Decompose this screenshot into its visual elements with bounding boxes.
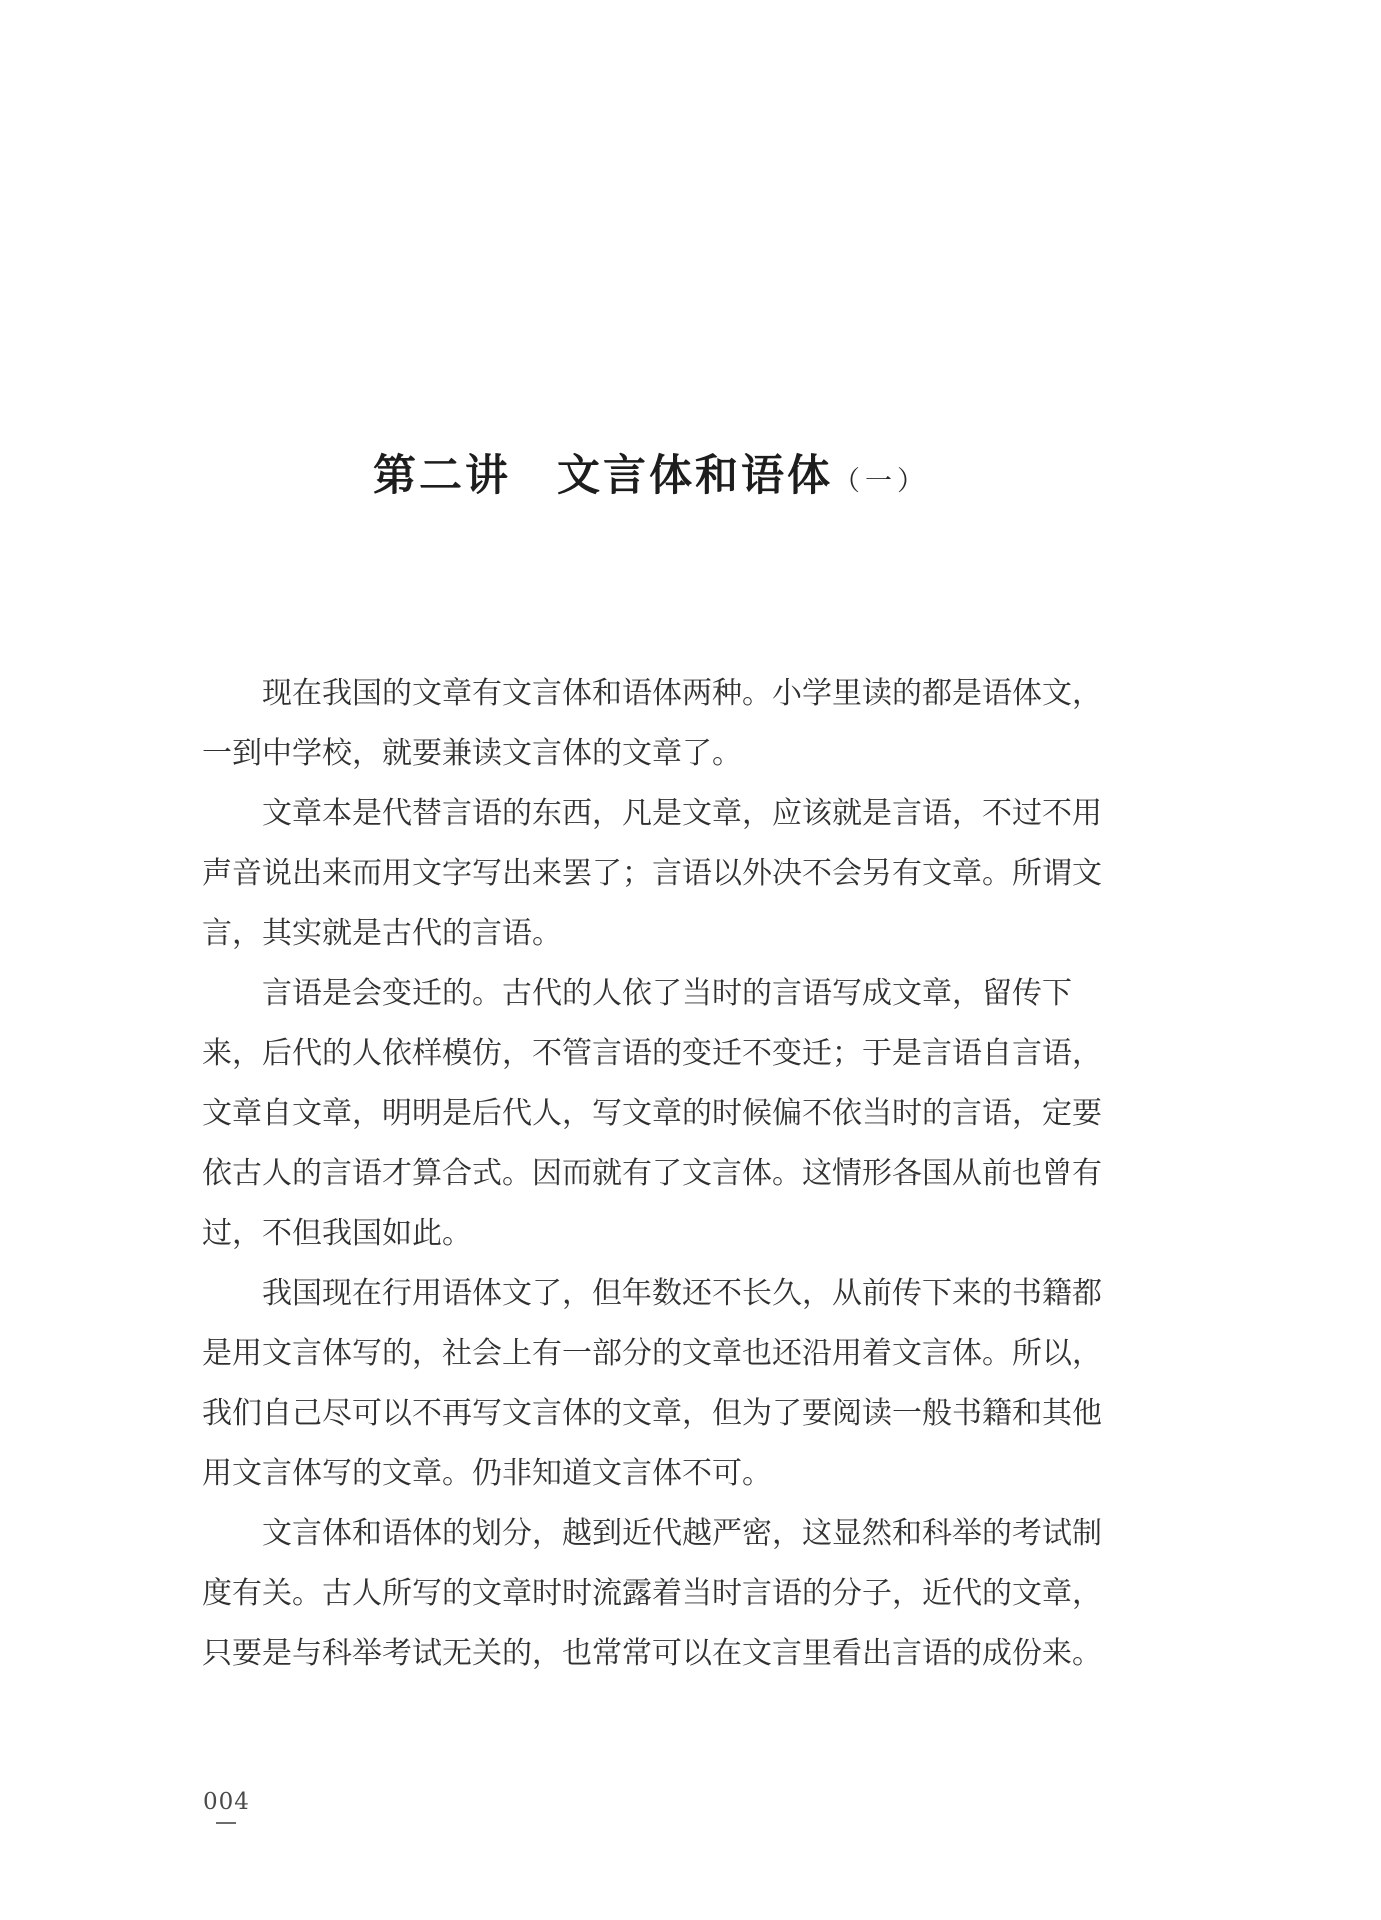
body-text: 现在我国的文章有文言体和语体两种。小学里读的都是语体文， 一到中学校，就要兼读文… — [202, 664, 1100, 1684]
body-line: 言语是会变迁的。古代的人依了当时的言语写成文章，留传下 — [202, 964, 1100, 1024]
paragraph: 文章本是代替言语的东西，凡是文章，应该就是言语，不过不用 声音说出来而用文字写出… — [202, 784, 1100, 964]
body-line: 是用文言体写的，社会上有一部分的文章也还沿用着文言体。所以， — [202, 1324, 1100, 1384]
body-line: 声音说出来而用文字写出来罢了；言语以外决不会另有文章。所谓文 — [202, 844, 1100, 904]
paragraph: 我国现在行用语体文了，但年数还不长久，从前传下来的书籍都 是用文言体写的，社会上… — [202, 1264, 1100, 1504]
chapter-title: 第二讲 文言体和语体（一） — [202, 447, 1100, 511]
body-line: 度有关。古人所写的文章时时流露着当时言语的分子，近代的文章， — [202, 1564, 1100, 1624]
body-line: 文章自文章，明明是后代人，写文章的时候偏不依当时的言语，定要 — [202, 1084, 1100, 1144]
body-line: 用文言体写的文章。仍非知道文言体不可。 — [202, 1444, 1100, 1504]
body-line: 来，后代的人依样模仿，不管言语的变迁不变迁；于是言语自言语， — [202, 1024, 1100, 1084]
paragraph: 现在我国的文章有文言体和语体两种。小学里读的都是语体文， 一到中学校，就要兼读文… — [202, 664, 1100, 784]
page-number-rule — [216, 1822, 236, 1824]
paragraph: 言语是会变迁的。古代的人依了当时的言语写成文章，留传下 来，后代的人依样模仿，不… — [202, 964, 1100, 1264]
paragraph: 文言体和语体的划分，越到近代越严密，这显然和科举的考试制 度有关。古人所写的文章… — [202, 1504, 1100, 1684]
body-line: 过，不但我国如此。 — [202, 1204, 1100, 1264]
chapter-title-part-number: （一） — [833, 466, 929, 496]
chapter-title-main: 第二讲 文言体和语体 — [373, 453, 833, 500]
book-page: 第二讲 文言体和语体（一） 现在我国的文章有文言体和语体两种。小学里读的都是语体… — [0, 0, 1381, 1920]
page-footer: 004 — [203, 1787, 249, 1824]
body-line: 言，其实就是古代的言语。 — [202, 904, 1100, 964]
body-line: 文章本是代替言语的东西，凡是文章，应该就是言语，不过不用 — [202, 784, 1100, 844]
body-line: 只要是与科举考试无关的，也常常可以在文言里看出言语的成份来。 — [202, 1624, 1100, 1684]
body-line: 我们自己尽可以不再写文言体的文章，但为了要阅读一般书籍和其他 — [202, 1384, 1100, 1444]
body-line: 现在我国的文章有文言体和语体两种。小学里读的都是语体文， — [202, 664, 1100, 724]
body-line: 一到中学校，就要兼读文言体的文章了。 — [202, 724, 1100, 784]
body-line: 文言体和语体的划分，越到近代越严密，这显然和科举的考试制 — [202, 1504, 1100, 1564]
body-line: 依古人的言语才算合式。因而就有了文言体。这情形各国从前也曾有 — [202, 1144, 1100, 1204]
body-line: 我国现在行用语体文了，但年数还不长久，从前传下来的书籍都 — [202, 1264, 1100, 1324]
page-number: 004 — [203, 1787, 249, 1817]
